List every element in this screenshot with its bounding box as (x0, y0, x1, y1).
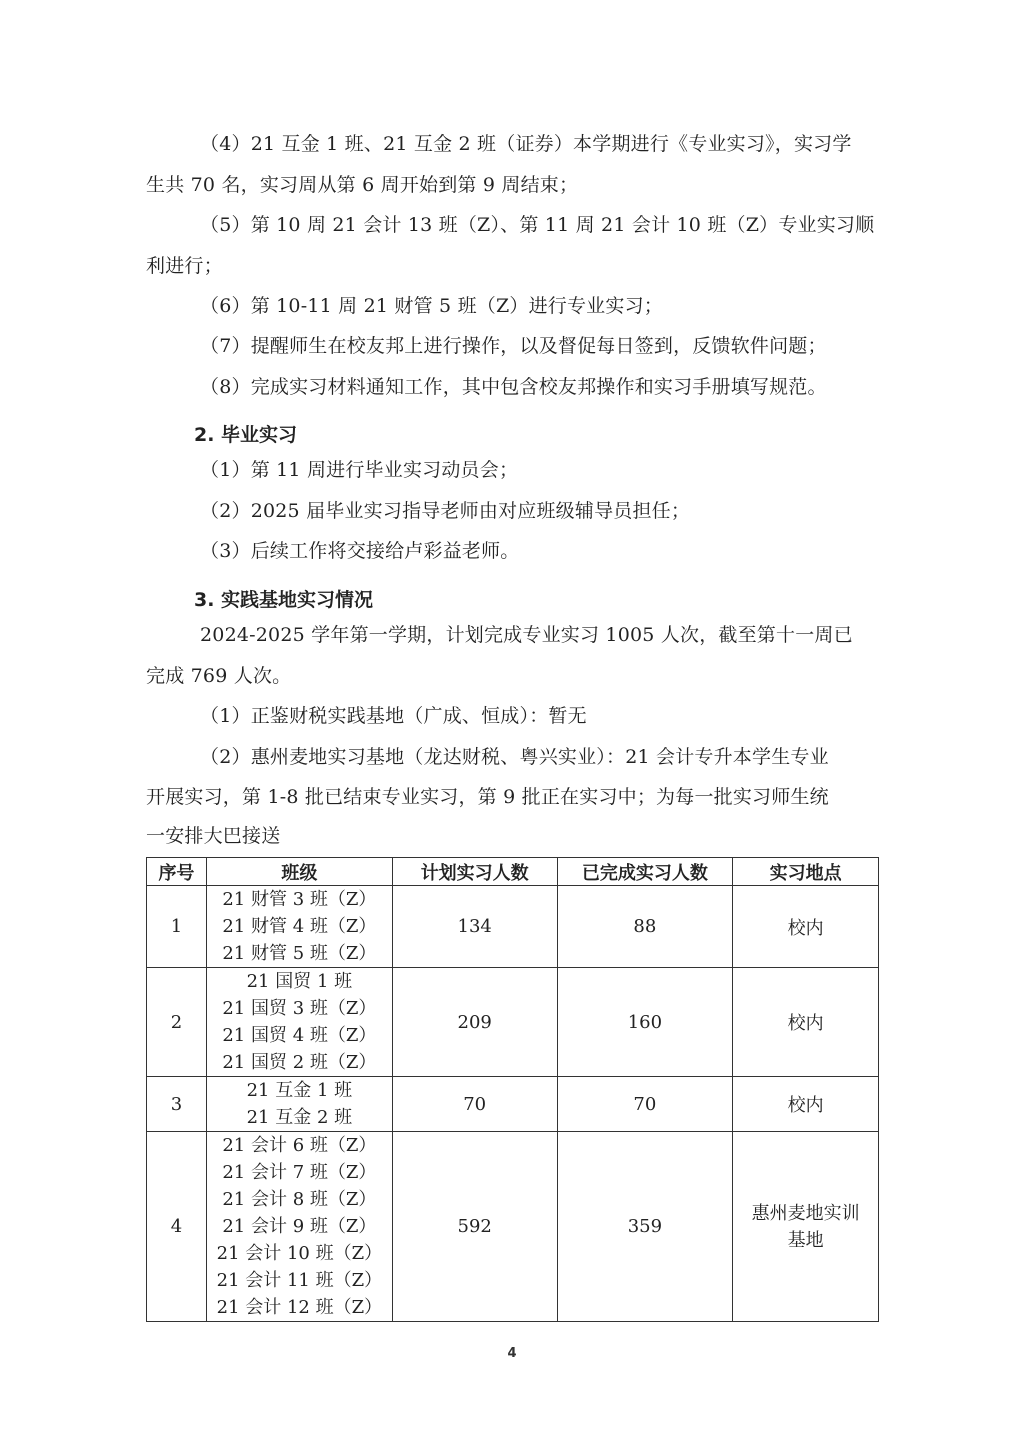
cell-no: 1 (147, 886, 207, 968)
cell-classes: 21 互金 1 班 21 互金 2 班 (206, 1077, 392, 1132)
cell-location: 校内 (733, 968, 879, 1077)
class-name: 21 国贸 4 班（Z） (207, 1022, 392, 1049)
paragraph-item-7: （7）提醒师生在校友邦上进行操作，以及督促每日签到，反馈软件问题； (200, 334, 827, 358)
practice-summary-line1: 2024-2025 学年第一学期，计划完成专业实习 1005 人次，截至第十一周… (200, 623, 853, 647)
header-class: 班级 (206, 858, 392, 886)
practice-item-2-line2: 开展实习，第 1-8 批已结束专业实习，第 9 批正在实习中；为每一批实习师生统 (146, 785, 829, 809)
paragraph-item-5-line2: 利进行； (146, 254, 223, 278)
practice-summary-line2: 完成 769 人次。 (146, 664, 291, 688)
class-name: 21 会计 9 班（Z） (207, 1213, 392, 1240)
class-name: 21 会计 7 班（Z） (207, 1159, 392, 1186)
cell-planned: 70 (392, 1077, 557, 1132)
cell-location: 惠州麦地实训基地 (733, 1132, 879, 1322)
table-row: 1 21 财管 3 班（Z） 21 财管 4 班（Z） 21 财管 5 班（Z）… (147, 886, 879, 968)
cell-location: 校内 (733, 886, 879, 968)
class-name: 21 互金 1 班 (207, 1077, 392, 1104)
class-name: 21 财管 5 班（Z） (207, 940, 392, 967)
cell-planned: 209 (392, 968, 557, 1077)
class-name: 21 会计 11 班（Z） (207, 1267, 392, 1294)
cell-classes: 21 国贸 1 班 21 国贸 3 班（Z） 21 国贸 4 班（Z） 21 国… (206, 968, 392, 1077)
class-name: 21 会计 8 班（Z） (207, 1186, 392, 1213)
cell-no: 3 (147, 1077, 207, 1132)
class-name: 21 国贸 3 班（Z） (207, 995, 392, 1022)
graduation-item-3: （3）后续工作将交接给卢彩益老师。 (200, 539, 520, 563)
cell-completed: 359 (557, 1132, 733, 1322)
class-name: 21 互金 2 班 (207, 1104, 392, 1131)
section-heading-practice-base: 3. 实践基地实习情况 (194, 588, 373, 612)
header-no: 序号 (147, 858, 207, 886)
cell-completed: 88 (557, 886, 733, 968)
internship-table: 序号 班级 计划实习人数 已完成实习人数 实习地点 1 21 财管 3 班（Z）… (146, 857, 879, 1322)
cell-classes: 21 财管 3 班（Z） 21 财管 4 班（Z） 21 财管 5 班（Z） (206, 886, 392, 968)
paragraph-item-6: （6）第 10-11 周 21 财管 5 班（Z）进行专业实习； (200, 294, 663, 318)
class-name: 21 国贸 2 班（Z） (207, 1049, 392, 1076)
class-name: 21 会计 10 班（Z） (207, 1240, 392, 1267)
cell-no: 4 (147, 1132, 207, 1322)
table-row: 4 21 会计 6 班（Z） 21 会计 7 班（Z） 21 会计 8 班（Z）… (147, 1132, 879, 1322)
practice-item-1: （1）正鉴财税实践基地（广成、恒成）：暂无 (200, 704, 587, 728)
class-name: 21 财管 3 班（Z） (207, 886, 392, 913)
section-heading-graduation-internship: 2. 毕业实习 (194, 423, 297, 447)
table-row: 2 21 国贸 1 班 21 国贸 3 班（Z） 21 国贸 4 班（Z） 21… (147, 968, 879, 1077)
class-name: 21 国贸 1 班 (207, 968, 392, 995)
class-name: 21 会计 6 班（Z） (207, 1132, 392, 1159)
header-completed: 已完成实习人数 (557, 858, 733, 886)
header-location: 实习地点 (733, 858, 879, 886)
page-number: 4 (0, 1346, 1024, 1361)
paragraph-item-4-line2: 生共 70 名，实习周从第 6 周开始到第 9 周结束； (146, 173, 578, 197)
cell-no: 2 (147, 968, 207, 1077)
class-name: 21 会计 12 班（Z） (207, 1294, 392, 1321)
table-header-row: 序号 班级 计划实习人数 已完成实习人数 实习地点 (147, 858, 879, 886)
paragraph-item-5-line1: （5）第 10 周 21 会计 13 班（Z）、第 11 周 21 会计 10 … (200, 213, 874, 237)
practice-item-2-line3: 一安排大巴接送 (146, 824, 280, 848)
cell-location: 校内 (733, 1077, 879, 1132)
cell-planned: 592 (392, 1132, 557, 1322)
cell-classes: 21 会计 6 班（Z） 21 会计 7 班（Z） 21 会计 8 班（Z） 2… (206, 1132, 392, 1322)
paragraph-item-4-line1: （4）21 互金 1 班、21 互金 2 班（证券）本学期进行《专业实习》，实习… (200, 132, 852, 156)
paragraph-item-8: （8）完成实习材料通知工作，其中包含校友邦操作和实习手册填写规范。 (200, 375, 827, 399)
practice-item-2-line1: （2）惠州麦地实习基地（龙达财税、粤兴实业）：21 会计专升本学生专业 (200, 745, 829, 769)
graduation-item-2: （2）2025 届毕业实习指导老师由对应班级辅导员担任； (200, 499, 690, 523)
class-name: 21 财管 4 班（Z） (207, 913, 392, 940)
table-row: 3 21 互金 1 班 21 互金 2 班 70 70 校内 (147, 1077, 879, 1132)
header-planned: 计划实习人数 (392, 858, 557, 886)
cell-planned: 134 (392, 886, 557, 968)
cell-completed: 70 (557, 1077, 733, 1132)
cell-completed: 160 (557, 968, 733, 1077)
graduation-item-1: （1）第 11 周进行毕业实习动员会； (200, 458, 518, 482)
document-page: （4）21 互金 1 班、21 互金 2 班（证券）本学期进行《专业实习》，实习… (0, 0, 1024, 1448)
